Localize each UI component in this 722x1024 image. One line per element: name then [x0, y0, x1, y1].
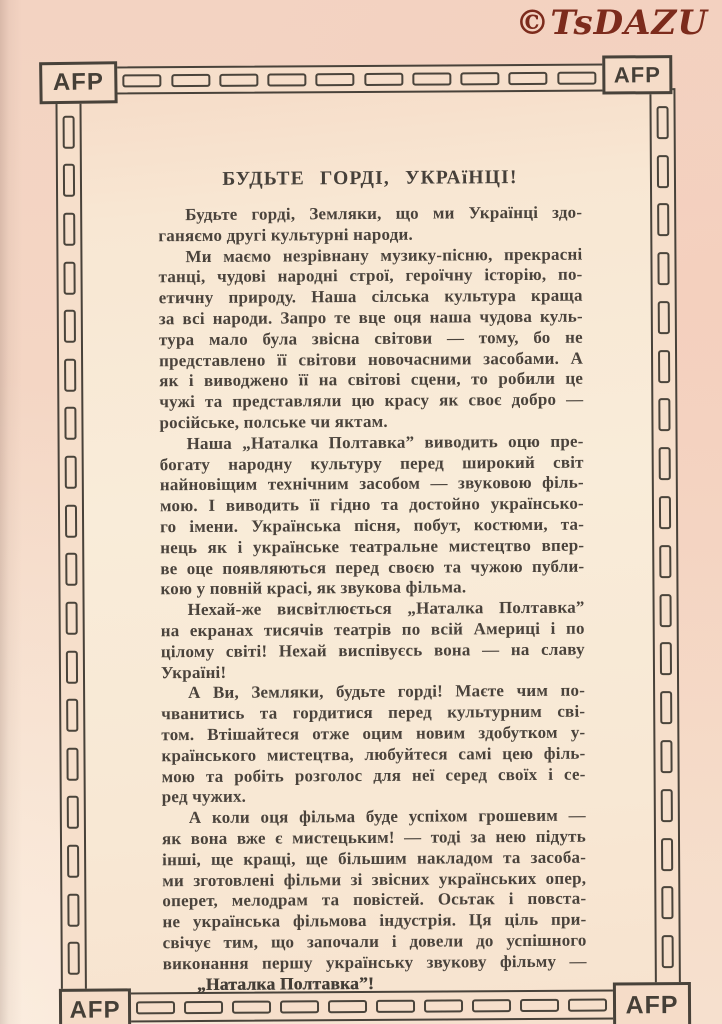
text-line: яківиводженоїїнасвітовісцени,торобилице — [159, 369, 583, 392]
border-slot — [661, 886, 673, 919]
scan-tilt-wrapper: AFP AFP AFP AFP БУДЬТЕ ГОРДІ, УКРАїНЦІ! … — [0, 0, 722, 1024]
border-slot — [657, 155, 669, 188]
text-line: завсінароди.Запротевцеоцянашачудовакуль- — [159, 307, 583, 330]
border-slot — [660, 691, 672, 724]
text-line: ред чужих. — [162, 785, 586, 808]
border-slot — [659, 496, 671, 529]
border-slot — [376, 999, 415, 1012]
text-line: АВи,Земляки,будьтегорді!Маєтечимпо- — [161, 681, 585, 704]
border-band-top — [111, 63, 607, 94]
border-slot — [64, 358, 76, 391]
border-slot — [65, 504, 77, 537]
text-line: ганяємо другі культурні народи. — [158, 223, 582, 246]
border-band-left — [55, 98, 86, 993]
text-line: чужітапредставлялицюкрасуяксвоєдобро— — [159, 390, 583, 413]
paragraph: Наша„НаталкаПолтавка”виводитьоцюпре-бога… — [160, 431, 585, 600]
paragraph: „Наталка Полтавка”! — [163, 972, 587, 995]
text-line: Нехай-жевисвітлюється„НаталкаПолтавка” — [161, 598, 585, 621]
text-line: веоцепоявляютьсяпередсвоєютачужоюпубли- — [160, 556, 584, 579]
border-slot — [136, 1001, 175, 1014]
text-line: російське, полське чи яктам. — [159, 411, 583, 434]
border-slot — [568, 998, 607, 1011]
border-slot — [520, 998, 559, 1011]
border-slot — [67, 796, 79, 829]
text-line: країнськогомистецтва,любуйтесясаміцеюфіл… — [161, 743, 585, 766]
paragraph: Будьтегорді,Земляки,щомиУкраїнціздо-ганя… — [158, 203, 582, 247]
paragraph: Мимаємонезрівнанумузику-пісню,прекрасніт… — [158, 244, 583, 434]
border-slot — [557, 71, 596, 84]
archive-watermark: ©TsDAZU — [515, 3, 708, 43]
text-line: нецьякіукраїнськетеатральнемистецтвовпер… — [160, 535, 584, 558]
border-slot — [460, 72, 499, 85]
border-slot — [63, 164, 75, 197]
text-line: мою.Івиводитьїїгіднотадостойноукраїнсько… — [160, 494, 584, 517]
border-slot — [660, 642, 672, 675]
border-slot — [267, 73, 306, 86]
text-line: інші,щекращі,щебільшимнакладомтазасоба- — [162, 847, 586, 870]
text-line: наекранахтисячівтеатрівповсійАмерицііпо — [161, 619, 585, 642]
border-slot — [424, 999, 463, 1012]
text-line: Наша„НаталкаПолтавка”виводитьоцюпре- — [160, 431, 584, 454]
afp-badge-top-left: AFP — [39, 61, 118, 104]
afp-badge-bottom-right: AFP — [613, 982, 691, 1024]
text-line: яквонавжеємистецьким!—тодізанеюпідуть — [162, 827, 586, 850]
border-slot — [66, 650, 78, 683]
text-line: моютаробітьрозголосдлянеїсередсвоїхісе- — [162, 764, 586, 787]
text-line: Мимаємонезрівнанумузику-пісню,прекрасні — [158, 244, 582, 267]
article-title: БУДЬТЕ ГОРДІ, УКРАїНЦІ! — [158, 166, 582, 193]
border-slot — [63, 213, 75, 246]
border-slot — [660, 740, 672, 773]
text-line: мизготовленіфільмизізвіснихукраїнськихоп… — [162, 868, 586, 891]
border-slot — [364, 72, 403, 85]
text-line: Будьтегорді,Земляки,щомиУкраїнціздо- — [158, 203, 582, 226]
text-line: оперет,мелодрамтаповістей.Осьтакіповста- — [162, 889, 586, 912]
afp-badge-top-right: AFP — [602, 55, 672, 94]
border-slot — [67, 893, 79, 926]
afp-badge-bottom-left: AFP — [59, 988, 131, 1024]
border-band-right — [649, 88, 680, 986]
text-line: представленоїїсвітовиновочаснимизасобами… — [159, 348, 583, 371]
border-slot — [280, 1000, 319, 1013]
text-line: виконанняпершуукраїнськузвуковуфільму— — [163, 951, 587, 974]
border-slot — [232, 1000, 271, 1013]
border-slot — [661, 789, 673, 822]
scanned-leaflet-page: ©TsDAZU AFP AFP AFP AFP БУДЬТЕ ГОРДІ, УК… — [0, 0, 722, 1024]
text-line: турамалобулазвіснасвітови—тому,боне — [159, 327, 583, 350]
text-line: богатународнукультурупередширокийсвіт — [160, 452, 584, 475]
border-slot — [63, 261, 75, 294]
border-slot — [657, 203, 669, 236]
text-line: найновіщимтехнічнимзасобом—звуковоюфіль- — [160, 473, 584, 496]
text-line: Аколиоцяфільмабудеуспіхомгрошевим— — [162, 806, 586, 829]
paragraph: АВи,Земляки,будьтегорді!Маєтечимпо-чвани… — [161, 681, 586, 808]
border-slot — [661, 838, 673, 871]
border-slot — [659, 545, 671, 578]
border-slot — [66, 747, 78, 780]
text-line: танці,чудовінародністрої,героїчнуісторію… — [159, 265, 583, 288]
text-line: ціломусвіті!Нехайвиспівуєсьвона—наславу — [161, 639, 585, 662]
paragraph: Аколиоцяфільмабудеуспіхомгрошевим—яквона… — [162, 806, 587, 975]
text-line: етичнуприроду.Нашасілськакультуракраща — [159, 286, 583, 309]
text-line: гоімени.Українськапісня,побут,костюми,та… — [160, 515, 584, 538]
border-slot — [123, 74, 162, 87]
text-line: свічуєтим,щозапочалиідовелидоуспішного — [163, 931, 587, 954]
border-slot — [219, 73, 258, 86]
border-slot — [66, 699, 78, 732]
article: БУДЬТЕ ГОРДІ, УКРАїНЦІ! Будьтегорді,Земл… — [158, 166, 587, 996]
text-line: чванитисьтагордитисяпередкультурнимсві- — [161, 702, 585, 725]
border-slot — [65, 456, 77, 489]
border-slot — [509, 71, 548, 84]
text-line: неукраїнськафільмоваіндустрія.Цяцільпри- — [162, 910, 586, 933]
border-slot — [660, 594, 672, 627]
border-slot — [66, 602, 78, 635]
border-slot — [171, 73, 210, 86]
border-slot — [63, 115, 75, 148]
border-slot — [662, 935, 674, 968]
border-slot — [659, 447, 671, 480]
border-slot — [328, 999, 367, 1012]
border-slot — [657, 252, 669, 285]
border-slot — [64, 407, 76, 440]
text-line: Україні! — [161, 660, 585, 683]
border-slot — [64, 310, 76, 343]
border-slot — [472, 999, 511, 1012]
text-line: „Наталка Полтавка”! — [163, 972, 587, 995]
border-slot — [67, 845, 79, 878]
border-slot — [658, 350, 670, 383]
border-slot — [68, 942, 80, 975]
border-slot — [658, 399, 670, 432]
border-slot — [316, 73, 355, 86]
border-slot — [658, 301, 670, 334]
text-line: том.Втішайтесяотжеоцимновимздобуткому- — [161, 723, 585, 746]
article-body: Будьтегорді,Земляки,щомиУкраїнціздо-ганя… — [158, 203, 587, 996]
border-slot — [184, 1000, 223, 1013]
border-slot — [412, 72, 451, 85]
border-slot — [657, 106, 669, 139]
text-line: кою у повній красі, як звукова фільма. — [160, 577, 584, 600]
paragraph: Нехай-жевисвітлюється„НаталкаПолтавка”на… — [161, 598, 586, 684]
border-slot — [65, 553, 77, 586]
